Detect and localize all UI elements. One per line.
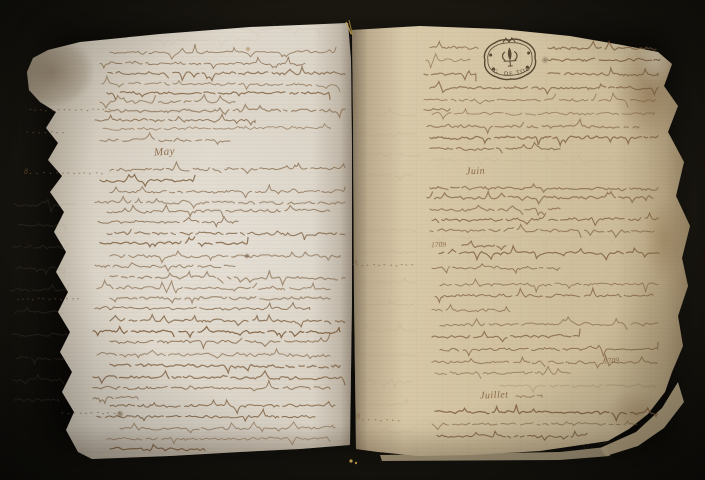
tax-stamp: G. DE TOURS — [477, 35, 543, 84]
fleur-de-lis-icon — [508, 48, 512, 60]
margin-glyph: 8 — [24, 167, 28, 176]
fleur-de-lis-icon — [504, 61, 516, 67]
fleur-de-lis-icon — [502, 52, 505, 60]
stamp-dot — [528, 52, 530, 54]
binding-knot — [349, 459, 352, 462]
binding-knot — [355, 462, 357, 464]
stamp-dot — [490, 54, 492, 56]
fleur-de-lis-icon — [515, 52, 518, 60]
manuscript-photo: G. DE TOURS May Juin Juillet 1709 1709 8… — [0, 0, 705, 480]
